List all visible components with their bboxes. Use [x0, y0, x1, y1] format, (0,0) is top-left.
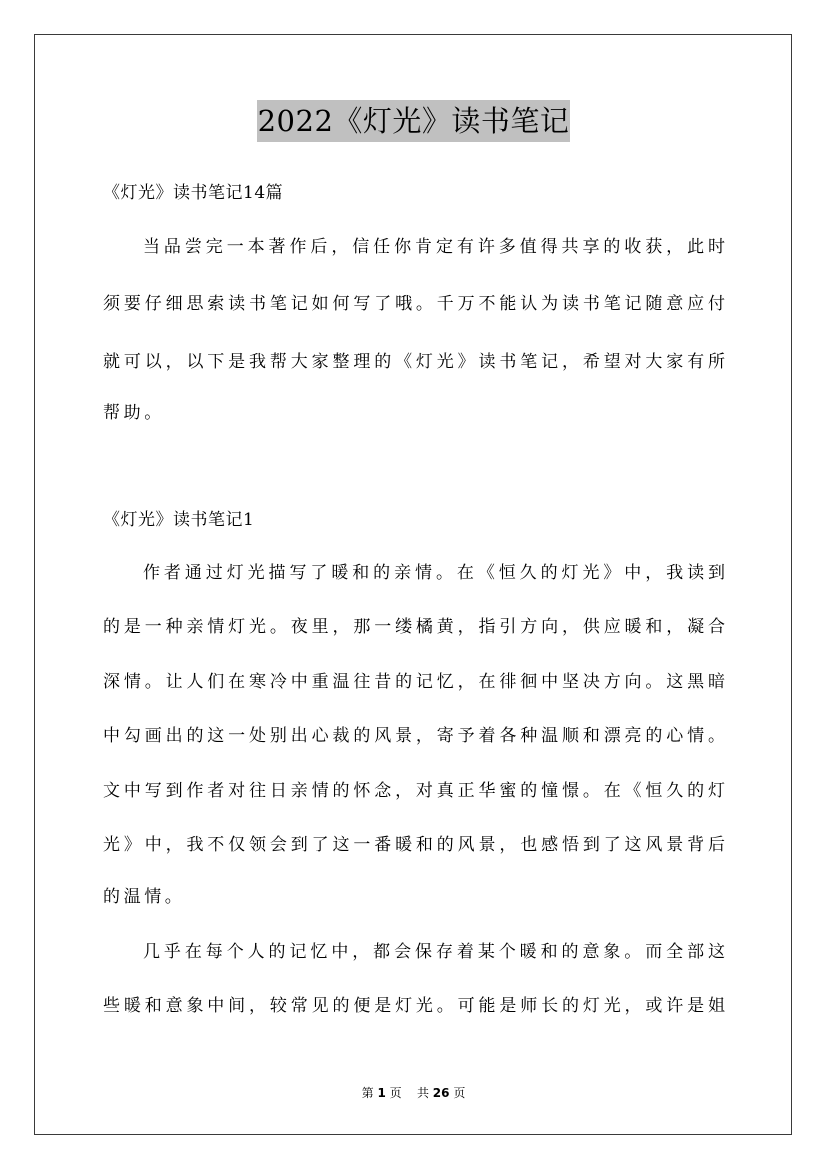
paragraph1-line-2: 的是一种亲情灯光。夜里，那一缕橘黄，指引方向，供应暖和，凝合 — [103, 617, 725, 637]
footer-total-suffix: 页 — [453, 1086, 465, 1100]
paragraph1-line-4: 中勾画出的这一处别出心裁的风景，寄予着各种温顺和漂亮的心情。 — [103, 726, 725, 746]
total-page-count: 26 — [433, 1086, 450, 1100]
footer-prefix: 第 — [362, 1086, 374, 1100]
intro-line-4: 帮助。 — [103, 403, 725, 423]
intro-line-3: 就可以，以下是我帮大家整理的《灯光》读书笔记，希望对大家有所 — [103, 352, 725, 372]
paragraph1-line-1: 作者通过灯光描写了暖和的亲情。在《恒久的灯光》中，我读到 — [103, 563, 725, 583]
document-subtitle: 《灯光》读书笔记14篇 — [103, 183, 725, 203]
paragraph1-line-6: 光》中，我不仅领会到了这一番暖和的风景，也感悟到了这风景背后 — [103, 835, 725, 855]
current-page-number: 1 — [377, 1086, 385, 1100]
footer-total-prefix: 共 — [417, 1086, 429, 1100]
paragraph2-line-2: 些暖和意象中间，较常见的便是灯光。可能是师长的灯光，或许是姐 — [103, 996, 725, 1016]
paragraph2-line-1: 几乎在每个人的记忆中，都会保存着某个暖和的意象。而全部这 — [103, 942, 725, 962]
paragraph1-line-5: 文中写到作者对往日亲情的怀念，对真正华蜜的憧憬。在《恒久的灯 — [103, 781, 725, 801]
paragraph1-line-3: 深情。让人们在寒冷中重温往昔的记忆，在徘徊中坚决方向。这黑暗 — [103, 672, 725, 692]
footer-page-suffix: 页 — [390, 1086, 402, 1100]
title-container: 2022《灯光》读书笔记 — [0, 100, 827, 142]
intro-line-2: 须要仔细思索读书笔记如何写了哦。千万不能认为读书笔记随意应付 — [103, 294, 725, 314]
paragraph1-line-7: 的温情。 — [103, 887, 725, 907]
page-footer: 第 1 页 共 26 页 — [0, 1084, 827, 1101]
document-title: 2022《灯光》读书笔记 — [257, 100, 571, 142]
section-heading: 《灯光》读书笔记1 — [103, 510, 725, 530]
intro-line-1: 当品尝完一本著作后，信任你肯定有许多值得共享的收获，此时 — [103, 237, 725, 257]
